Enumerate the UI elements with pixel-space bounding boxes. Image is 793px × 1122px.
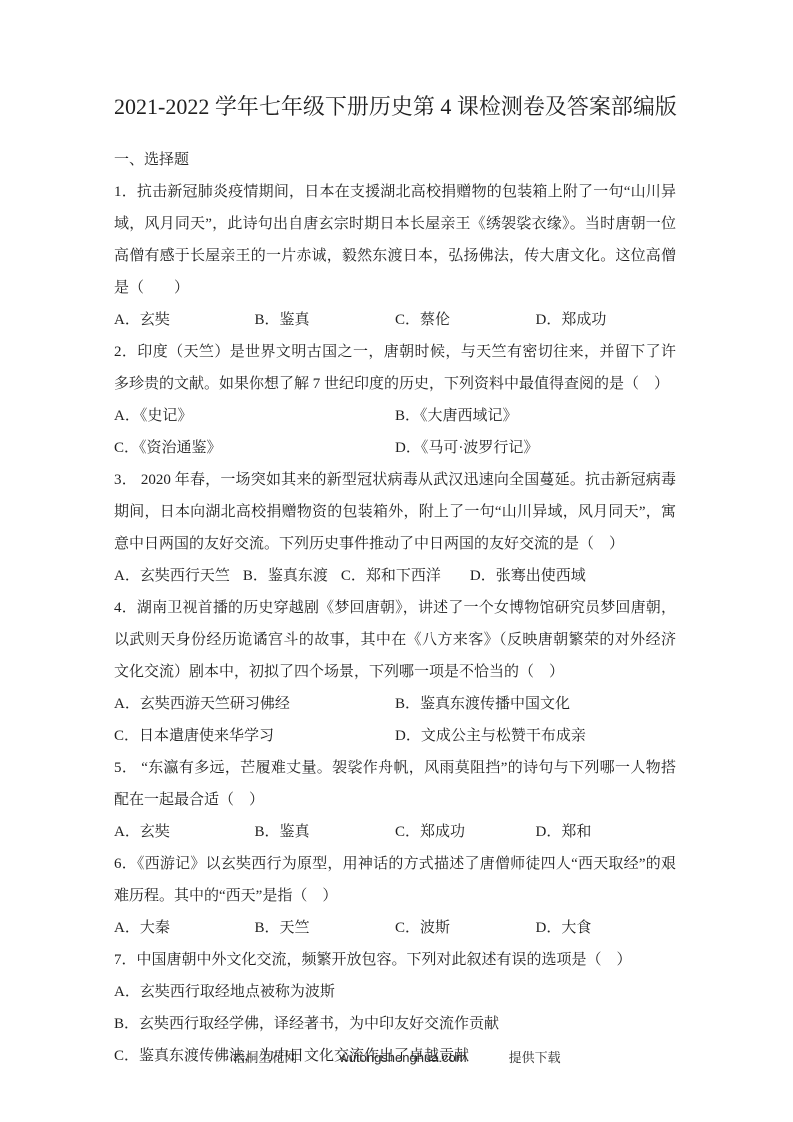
question-7-option-a: A．玄奘西行取经地点被称为波斯 <box>114 976 676 1008</box>
question-2-option-b: B．《大唐西域记》 <box>395 400 676 432</box>
question-2: 2．印度（天竺）是世界文明古国之一，唐朝时候，与天竺有密切往来，并留下了许多珍贵… <box>114 336 676 464</box>
question-5-options: A．玄奘 B．鉴真 C．郑成功 D．郑和 <box>114 816 676 848</box>
question-1-options: A．玄奘 B．鉴真 C．蔡伦 D．郑成功 <box>114 304 676 336</box>
question-2-text: 2．印度（天竺）是世界文明古国之一，唐朝时候，与天竺有密切往来，并留下了许多珍贵… <box>114 336 676 400</box>
footer-download-text: 提供下载 <box>509 1050 561 1065</box>
question-5-option-d: D．郑和 <box>536 816 677 848</box>
question-6-option-c: C．波斯 <box>395 912 536 944</box>
question-3-option-d: D．张骞出使西域 <box>470 560 586 592</box>
question-3-text: 3． 2020 年春，一场突如其来的新型冠状病毒从武汉迅速向全国蔓延。抗击新冠病… <box>114 464 676 560</box>
question-7-text: 7．中国唐朝中外文化交流，频繁开放包容。下列对此叙述有误的选项是（ ） <box>114 944 676 976</box>
question-5-option-a: A．玄奘 <box>114 816 255 848</box>
question-2-options-row-2: C．《资治通鉴》 D．《马可·波罗行记》 <box>114 432 676 464</box>
question-2-option-d: D．《马可·波罗行记》 <box>395 432 676 464</box>
question-6-text: 6．《西游记》以玄奘西行为原型，用神话的方式描述了唐僧师徒四人“西天取经”的艰难… <box>114 848 676 912</box>
document-page: 2021-2022 学年七年级下册历史第 4 课检测卷及答案部编版 一、选择题 … <box>0 0 793 1122</box>
question-6-options: A．大秦 B．天竺 C．波斯 D．大食 <box>114 912 676 944</box>
question-2-option-a: A．《史记》 <box>114 400 395 432</box>
question-4-text: 4．湖南卫视首播的历史穿越剧《梦回唐朝》，讲述了一个女博物馆研究员梦回唐朝，以武… <box>114 592 676 688</box>
page-footer: 梧桐生花网wutongshenghua.com提供下载 <box>0 1047 793 1066</box>
question-4-option-b: B．鉴真东渡传播中国文化 <box>395 688 676 720</box>
question-1-option-b: B．鉴真 <box>255 304 396 336</box>
question-3-option-a: A．玄奘西行天竺 <box>114 560 230 592</box>
footer-site-name: 梧桐生花网 <box>232 1050 297 1065</box>
footer-site-url: wutongshenghua.com <box>339 1050 466 1065</box>
question-4-options-row-1: A．玄奘西游天竺研习佛经 B．鉴真东渡传播中国文化 <box>114 688 676 720</box>
question-1: 1．抗击新冠肺炎疫情期间，日本在支援湖北高校捐赠物的包装箱上附了一句“山川异域，… <box>114 176 676 336</box>
question-7-option-b: B．玄奘西行取经学佛，译经著书，为中印友好交流作贡献 <box>114 1008 676 1040</box>
question-4-options-row-2: C．日本遣唐使来华学习 D．文成公主与松赞干布成亲 <box>114 720 676 752</box>
question-4: 4．湖南卫视首播的历史穿越剧《梦回唐朝》，讲述了一个女博物馆研究员梦回唐朝，以武… <box>114 592 676 752</box>
question-4-option-d: D．文成公主与松赞干布成亲 <box>395 720 676 752</box>
question-3-option-c: C．郑和下西洋 <box>341 560 441 592</box>
question-1-option-c: C．蔡伦 <box>395 304 536 336</box>
question-1-option-d: D．郑成功 <box>536 304 677 336</box>
question-1-option-a: A．玄奘 <box>114 304 255 336</box>
question-1-text: 1．抗击新冠肺炎疫情期间，日本在支援湖北高校捐赠物的包装箱上附了一句“山川异域，… <box>114 176 676 304</box>
question-6-option-d: D．大食 <box>536 912 677 944</box>
question-5-option-b: B．鉴真 <box>255 816 396 848</box>
question-2-option-c: C．《资治通鉴》 <box>114 432 395 464</box>
question-6-option-a: A．大秦 <box>114 912 255 944</box>
question-4-option-c: C．日本遣唐使来华学习 <box>114 720 395 752</box>
question-4-option-a: A．玄奘西游天竺研习佛经 <box>114 688 395 720</box>
question-5: 5． “东瀛有多远，芒履难丈量。袈裟作舟帆，风雨莫阻挡”的诗句与下列哪一人物搭配… <box>114 752 676 848</box>
question-6-option-b: B．天竺 <box>255 912 396 944</box>
question-3-options: A．玄奘西行天竺 B．鉴真东渡 C．郑和下西洋 D．张骞出使西域 <box>114 560 676 592</box>
question-5-text: 5． “东瀛有多远，芒履难丈量。袈裟作舟帆，风雨莫阻挡”的诗句与下列哪一人物搭配… <box>114 752 676 816</box>
question-3: 3． 2020 年春，一场突如其来的新型冠状病毒从武汉迅速向全国蔓延。抗击新冠病… <box>114 464 676 592</box>
page-title: 2021-2022 学年七年级下册历史第 4 课检测卷及答案部编版 <box>114 90 676 124</box>
question-3-option-b: B．鉴真东渡 <box>243 560 328 592</box>
question-6: 6．《西游记》以玄奘西行为原型，用神话的方式描述了唐僧师徒四人“西天取经”的艰难… <box>114 848 676 944</box>
question-2-options-row-1: A．《史记》 B．《大唐西域记》 <box>114 400 676 432</box>
question-5-option-c: C．郑成功 <box>395 816 536 848</box>
section-heading: 一、选择题 <box>114 144 676 176</box>
